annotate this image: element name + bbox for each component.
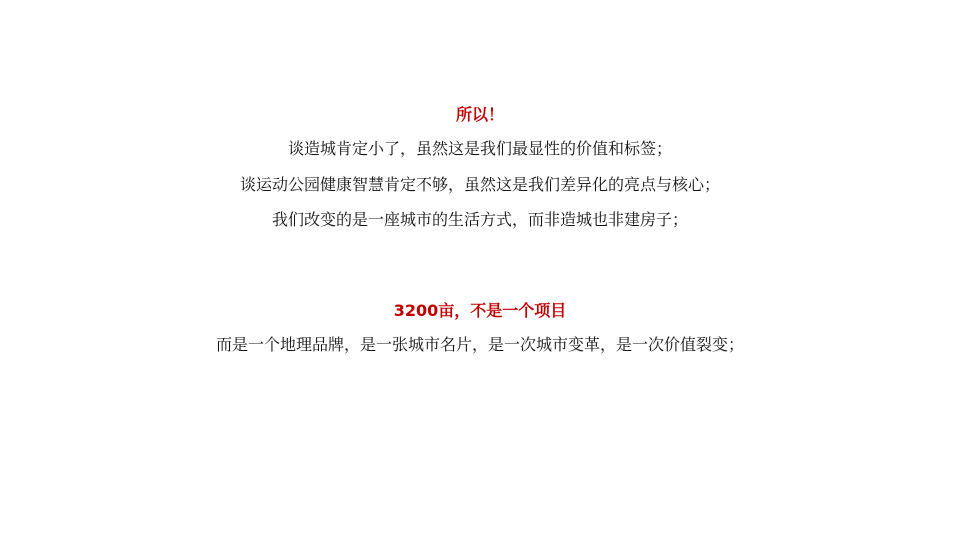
section1-line-1: 谈造城肯定小了，虽然这是我们最显性的价值和标签； xyxy=(0,138,960,160)
section1-heading: 所以！ xyxy=(0,104,960,126)
section2-line-1: 而是一个地理品牌，是一张城市名片，是一次城市变革，是一次价值裂变； xyxy=(0,334,960,356)
section1-line-3: 我们改变的是一座城市的生活方式，而非造城也非建房子； xyxy=(0,209,960,231)
slide: 所以！ 谈造城肯定小了，虽然这是我们最显性的价值和标签； 谈运动公园健康智慧肯定… xyxy=(0,0,960,540)
section1-line-2: 谈运动公园健康智慧肯定不够，虽然这是我们差异化的亮点与核心； xyxy=(0,174,960,196)
section2-heading: 3200亩，不是一个项目 xyxy=(0,300,960,322)
